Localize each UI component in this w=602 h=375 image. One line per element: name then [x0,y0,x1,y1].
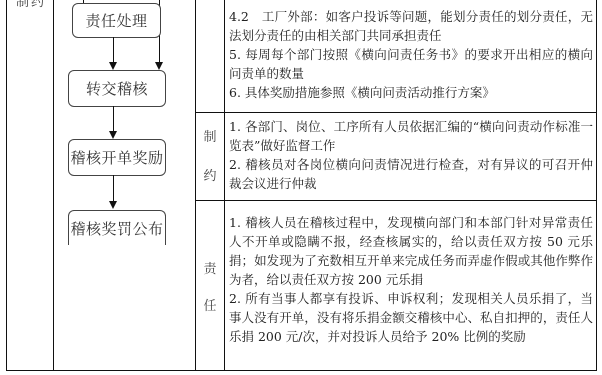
table-border-right [596,0,597,370]
row-3-line-1: 1. 稽核人员在稽核过程中，发现横向部门和本部门针对异常责任人不开单或隐瞒不报，… [229,213,593,289]
row-2-line-1: 1. 各部门、岗位、工序所有人员依据汇编的“横向问责动作标准一览表”做好监督工作 [229,117,593,155]
flow-box-label: 责任处理 [85,10,147,31]
flow-box-responsibility-handling: 责任处理 [72,3,161,38]
row-label-char: 约 [196,165,224,184]
column-divider-3 [224,0,225,370]
row-1-content: 4.2 工厂外部：如客户投诉等问题，能划分责任的划分责任，无法划分责任的由相关部… [229,7,593,102]
col1-partial-label: 制约 [16,0,46,10]
flow-connector-3 [113,175,114,201]
flow-box-label: 稽核开单奖励 [70,147,163,168]
column-divider-1 [53,0,54,370]
flow-box-audit-reward: 稽核开单奖励 [68,139,166,176]
row-3-content: 1. 稽核人员在稽核过程中，发现横向部门和本部门针对异常责任人不开单或隐瞒不报，… [229,213,593,346]
arrow-down-icon [109,131,117,139]
row-1-line-1: 4.2 工厂外部：如客户投诉等问题，能划分责任的划分责任，无法划分责任的由相关部… [229,7,593,45]
row-label-char: 制 [196,126,224,145]
arrow-down-icon [109,201,117,209]
flow-box-audit-publish: 稽核奖罚公布 [68,210,166,245]
flow-box-label: 转交稽核 [86,78,148,99]
row-1-line-2: 5. 每周每个部门按照《横向问责任务书》的要求开出相应的横向问责单的数量 [229,45,593,83]
row-divider-2 [195,200,597,201]
row-1-line-3: 6. 具体奖励措施参照《横向问责活动推行方案》 [229,83,593,102]
row-2-line-2: 2. 稽核员对各岗位横向问责情况进行检查，对有异议的可召开仲裁会议进行仲裁 [229,155,593,193]
flow-connector-1 [113,37,114,62]
column-divider-2 [195,0,196,370]
row-divider-1 [195,112,597,113]
arrow-down-icon [155,62,163,70]
arrow-down-icon [109,62,117,70]
flow-box-transfer-audit: 转交稽核 [68,70,166,107]
row-label-char: 责 [196,258,224,277]
table-border-bottom [6,370,597,371]
flow-box-label: 稽核奖罚公布 [70,218,163,239]
flow-connector-2 [113,106,114,131]
table-border-left [6,0,7,370]
row-label-char: 任 [196,295,224,314]
row-2-content: 1. 各部门、岗位、工序所有人员依据汇编的“横向问责动作标准一览表”做好监督工作… [229,117,593,193]
row-3-line-2: 2. 所有当事人都享有投诉、申诉权利；发现相关人员乐捐了，当事人没有开单，没有将… [229,289,593,346]
